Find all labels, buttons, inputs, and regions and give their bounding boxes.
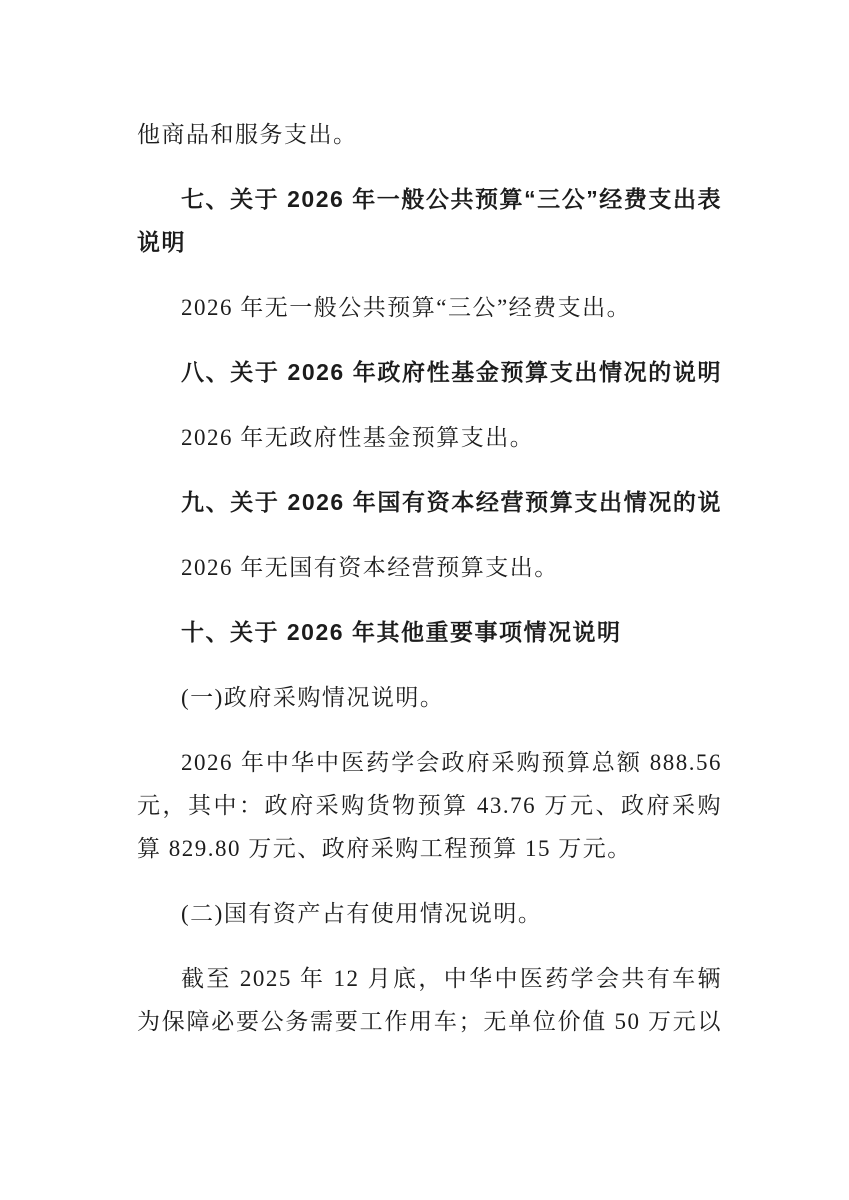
paragraph-gov-procurement-label: (一)政府采购情况说明。: [137, 676, 722, 719]
body-text-line: 截至 2025 年 12 月底，中华中医药学会共有车辆 1 辆，: [137, 957, 722, 1000]
heading-text-line: 十、关于 2026 年其他重要事项情况说明: [137, 611, 722, 654]
heading-section-10: 十、关于 2026 年其他重要事项情况说明: [137, 611, 722, 654]
heading-section-7: 七、关于 2026 年一般公共预算“三公”经费支出表的说明: [137, 178, 722, 264]
heading-section-8: 八、关于 2026 年政府性基金预算支出情况的说明: [137, 351, 722, 394]
paragraph-state-assets-detail: 截至 2025 年 12 月底，中华中医药学会共有车辆 1 辆，为保障必要公务需…: [137, 957, 722, 1043]
paragraph-state-assets-label: (二)国有资产占有使用情况说明。: [137, 892, 722, 935]
heading-text-line: 说明: [137, 221, 722, 264]
heading-text-line: 七、关于 2026 年一般公共预算“三公”经费支出表的: [137, 178, 722, 221]
paragraph-continuation-other-goods-services: 他商品和服务支出。: [137, 113, 722, 156]
body-text-line: 2026 年无国有资本经营预算支出。: [137, 546, 722, 589]
paragraph-section-9-body: 2026 年无国有资本经营预算支出。: [137, 546, 722, 589]
heading-text-line: 九、关于 2026 年国有资本经营预算支出情况的说明: [137, 481, 722, 524]
body-text-line: 算 829.80 万元、政府采购工程预算 15 万元。: [137, 827, 722, 870]
heading-text-line: 八、关于 2026 年政府性基金预算支出情况的说明: [137, 351, 722, 394]
body-text-line: 他商品和服务支出。: [137, 113, 722, 156]
body-text-line: (二)国有资产占有使用情况说明。: [137, 892, 722, 935]
paragraph-section-8-body: 2026 年无政府性基金预算支出。: [137, 416, 722, 459]
body-text-line: 元，其中：政府采购货物预算 43.76 万元、政府采购服务预: [137, 784, 722, 827]
document-page: 他商品和服务支出。七、关于 2026 年一般公共预算“三公”经费支出表的说明20…: [0, 0, 849, 1200]
body-text-line: 2026 年无一般公共预算“三公”经费支出。: [137, 286, 722, 329]
document-content: 他商品和服务支出。七、关于 2026 年一般公共预算“三公”经费支出表的说明20…: [137, 113, 722, 1043]
body-text-line: (一)政府采购情况说明。: [137, 676, 722, 719]
heading-section-9: 九、关于 2026 年国有资本经营预算支出情况的说明: [137, 481, 722, 524]
body-text-line: 2026 年无政府性基金预算支出。: [137, 416, 722, 459]
paragraph-gov-procurement-detail: 2026 年中华中医药学会政府采购预算总额 888.56 万元，其中：政府采购货…: [137, 741, 722, 870]
body-text-line: 2026 年中华中医药学会政府采购预算总额 888.56 万: [137, 741, 722, 784]
paragraph-section-7-body: 2026 年无一般公共预算“三公”经费支出。: [137, 286, 722, 329]
body-text-line: 为保障必要公务需要工作用车；无单位价值 50 万元以上的: [137, 1000, 722, 1043]
